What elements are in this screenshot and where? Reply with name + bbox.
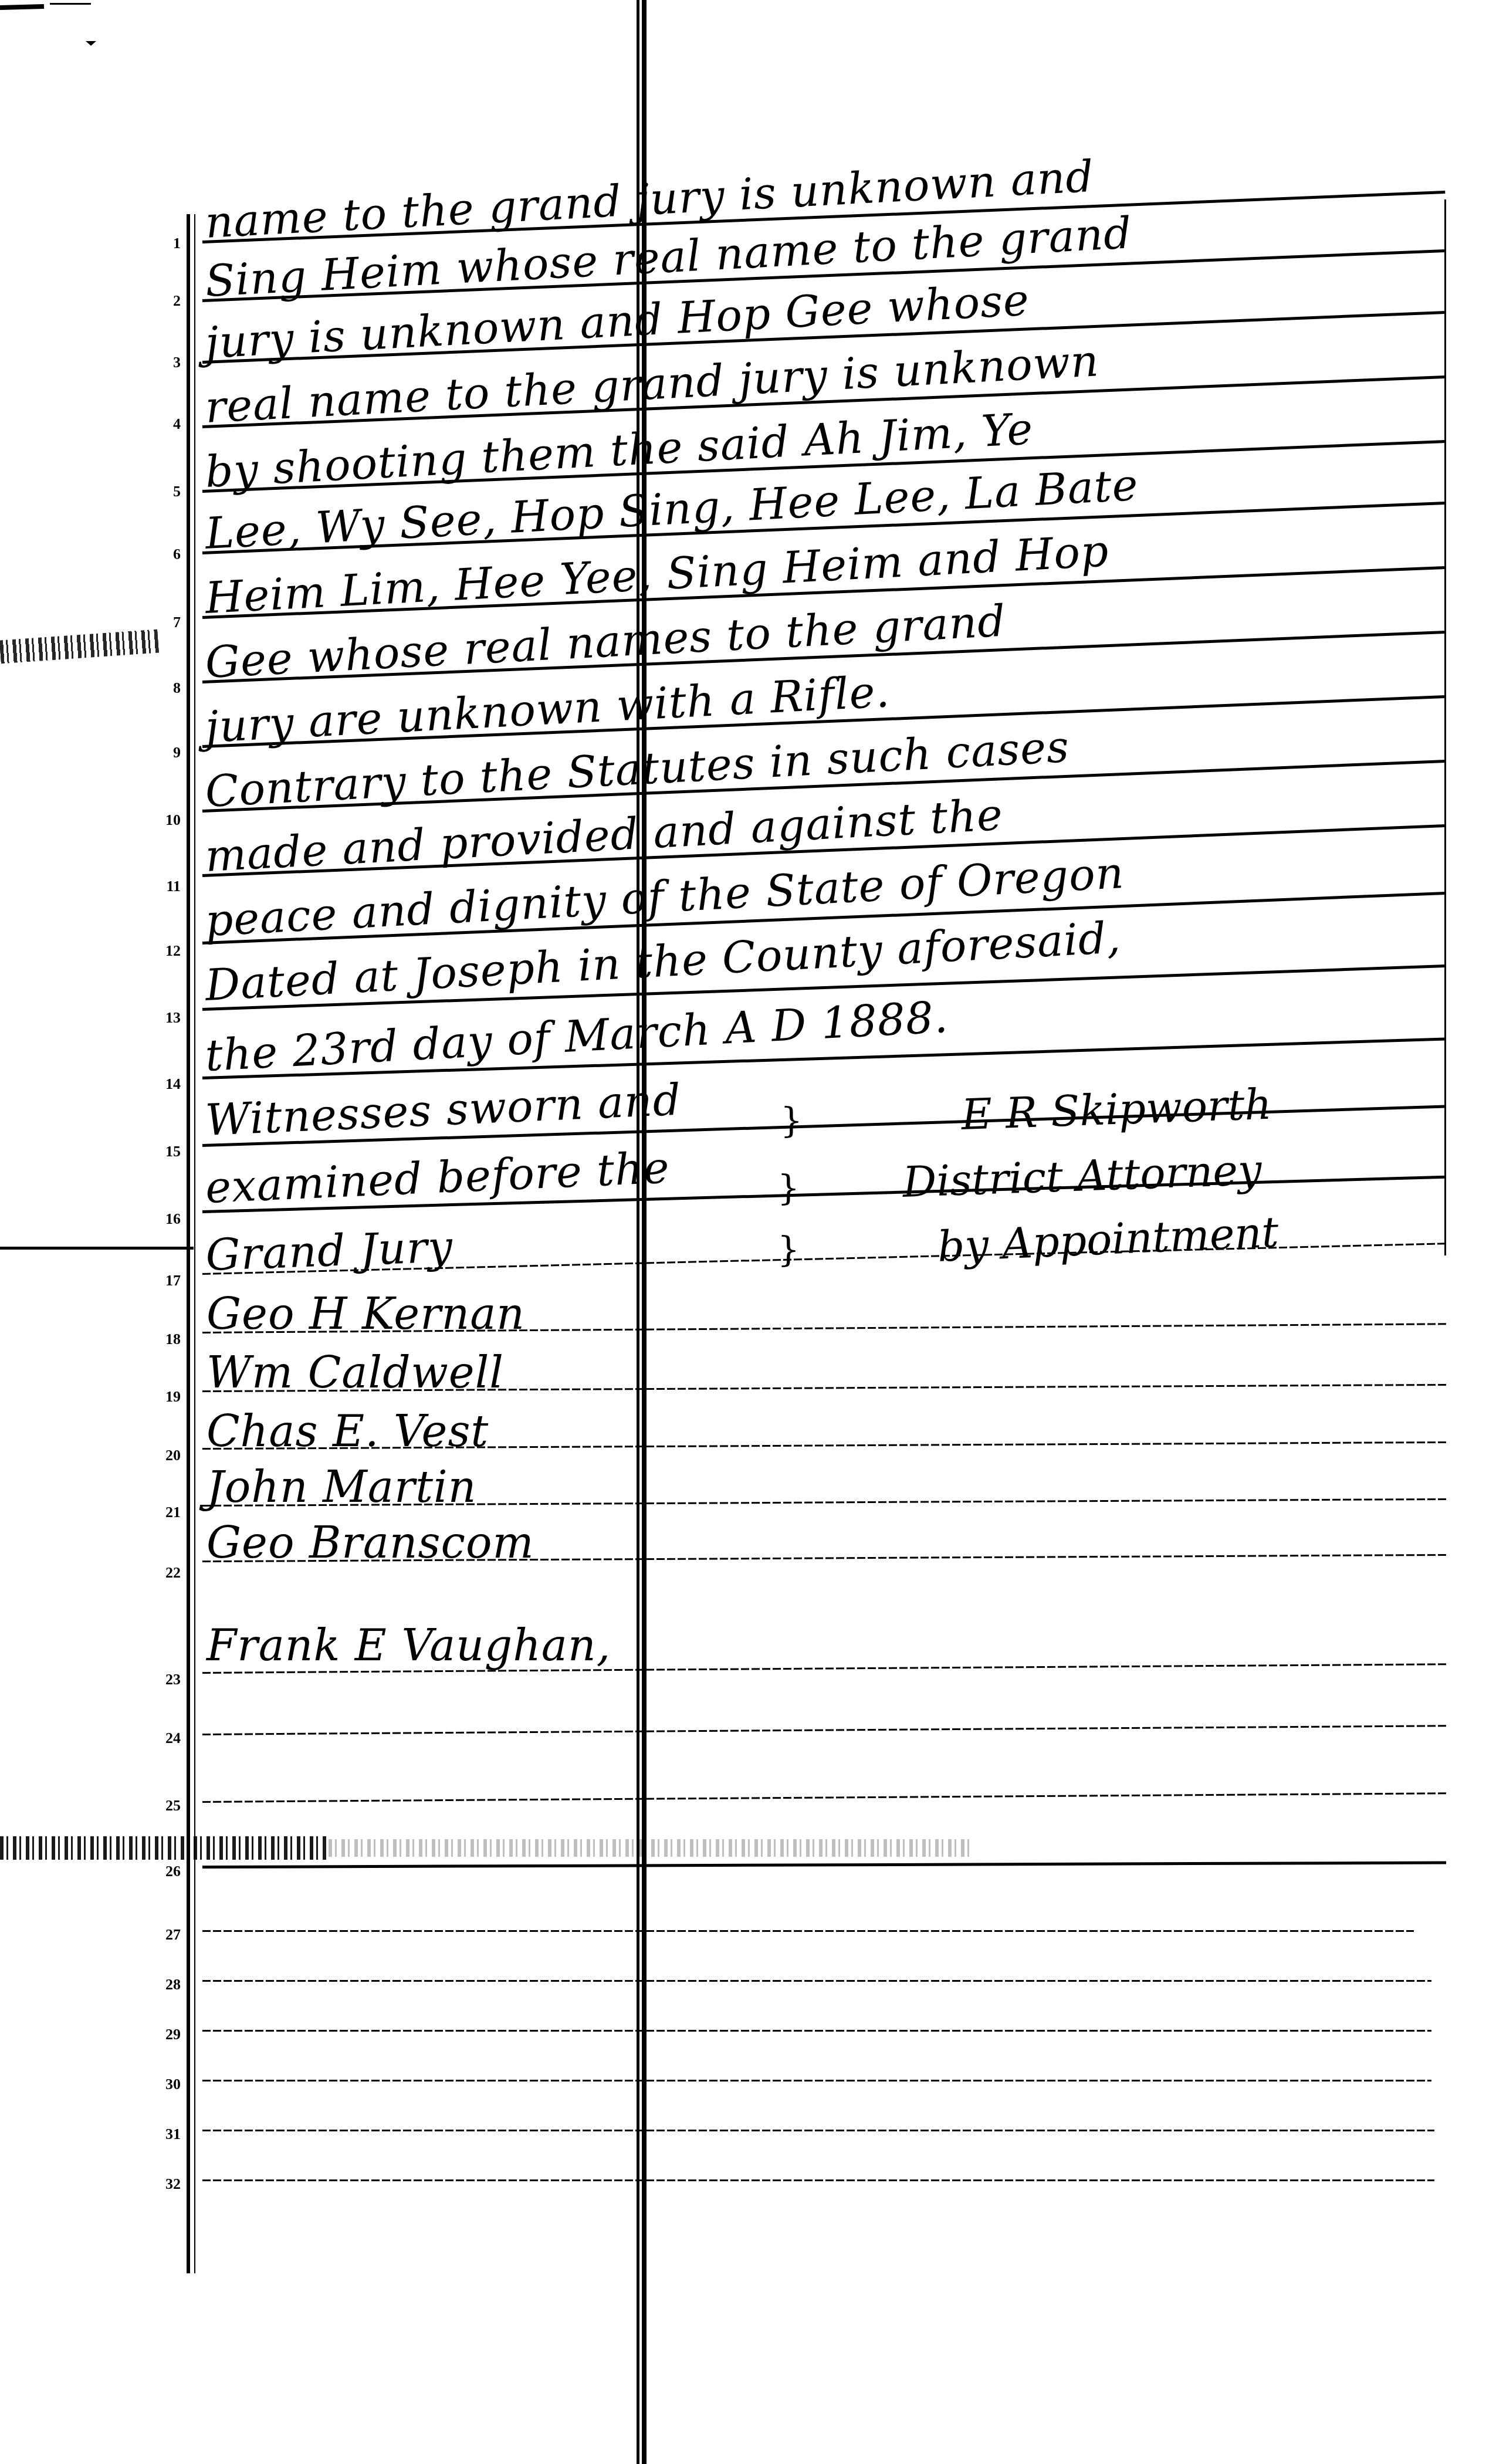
line-number: 7	[157, 615, 181, 630]
line-number: 5	[157, 484, 181, 499]
line-18: 18 Geo H Kernan	[0, 1291, 1496, 1349]
line-number: 22	[157, 1565, 181, 1580]
line-number: 1	[157, 236, 181, 251]
line-number: 18	[157, 1332, 181, 1347]
line-number: 12	[157, 943, 181, 959]
line-number: 15	[157, 1144, 181, 1159]
line-number: 17	[157, 1273, 181, 1288]
line-number: 2	[157, 293, 181, 309]
ruled-line	[202, 1792, 1446, 1803]
ruled-line	[202, 1725, 1446, 1735]
line-number: 16	[157, 1211, 181, 1227]
line-number: 3	[157, 355, 181, 370]
line-24: 24	[0, 1684, 1496, 1742]
line-number: 19	[157, 1389, 181, 1404]
line-number: 6	[157, 547, 181, 562]
document-page: 1 name to the grand jury is unknown and …	[0, 0, 1496, 2464]
line-number: 9	[157, 745, 181, 760]
line-23: 23 Frank E Vaughan,	[0, 1625, 1496, 1684]
line-number: 13	[157, 1010, 181, 1025]
line-number: 24	[157, 1731, 181, 1746]
line-number: 4	[157, 417, 181, 432]
line-26: 26	[0, 1816, 1496, 1874]
line-number: 14	[157, 1077, 181, 1092]
witness-brace: }	[777, 1232, 800, 1267]
line-number: 11	[157, 879, 181, 894]
line-20: 20 Chas E. Vest	[0, 1408, 1496, 1467]
line-number: 10	[157, 813, 181, 828]
witness-brace: }	[780, 1103, 803, 1138]
signature-name: E R Skipworth	[960, 1081, 1272, 1138]
ruled-line	[202, 1861, 1446, 1869]
ruled-line	[202, 2179, 1434, 2181]
line-32: 32	[0, 2130, 1496, 2188]
line-number: 32	[157, 2177, 181, 2192]
handwritten-text: Frank E Vaughan,	[207, 1622, 611, 1669]
witness-brace: }	[777, 1170, 800, 1206]
line-21: 21 John Martin	[0, 1464, 1496, 1522]
line-number: 21	[157, 1505, 181, 1520]
line-22: 22 Geo Branscom	[0, 1519, 1496, 1578]
line-number: 26	[157, 1864, 181, 1879]
line-number: 25	[157, 1798, 181, 1813]
line-25: 25	[0, 1751, 1496, 1810]
line-19: 19 Wm Caldwell	[0, 1349, 1496, 1408]
line-number: 20	[157, 1448, 181, 1463]
line-number: 8	[157, 681, 181, 696]
line-14: 14 the 23rd day of March A D 1888.	[0, 1033, 1496, 1091]
